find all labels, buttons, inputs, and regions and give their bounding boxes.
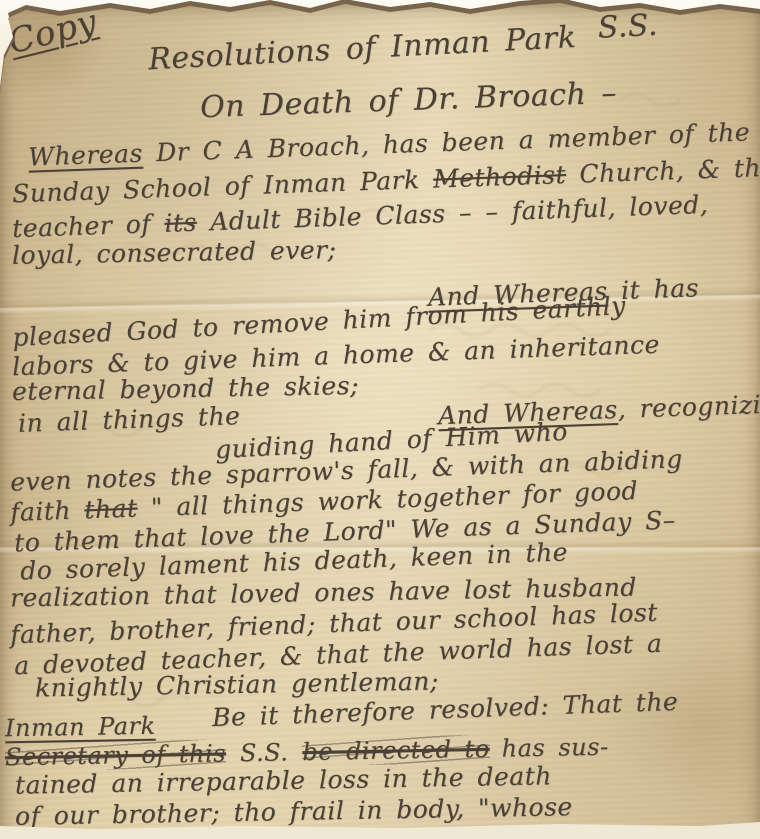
title-line-1: Resolutions of Inman ParkS.S.: [147, 17, 659, 77]
age-stain: [600, 640, 760, 800]
para1-line4: loyal, consecrated ever;: [12, 236, 337, 269]
be-directed-to-struck: be directed to: [302, 735, 490, 766]
that-struck: that: [84, 494, 138, 525]
para4-ss: S.S.: [240, 738, 289, 767]
scanned-document: Copy Resolutions of Inman ParkS.S. On De…: [0, 0, 760, 839]
title-line-1-text: Resolutions of Inman Park: [147, 20, 577, 77]
paper-sheet: Copy Resolutions of Inman ParkS.S. On De…: [0, 0, 760, 839]
para1-line2-post: Church, & the: [565, 153, 760, 189]
para4-line4: of our brother; tho frail in body, "whos…: [15, 793, 573, 830]
para3-line1-left: in all things the: [18, 402, 241, 437]
whereas-underlined: Whereas: [28, 139, 144, 172]
para4-has-sus: has sus-: [501, 733, 608, 763]
inman-park-insertion: Inman Park: [5, 713, 156, 742]
secretary-of-this-struck: Secretary of this: [5, 739, 226, 771]
its-struck: its: [164, 208, 197, 238]
title-ss-suffix: S.S.: [597, 9, 659, 45]
methodist-struck: Methodist: [433, 160, 567, 194]
para2-line4: eternal beyond the skies;: [12, 372, 359, 406]
title-line-2: On Death of Dr. Broach –: [200, 77, 618, 125]
para3-line4-pre: faith: [10, 495, 85, 527]
para3-line1-rest: , recognizing: [617, 389, 760, 424]
